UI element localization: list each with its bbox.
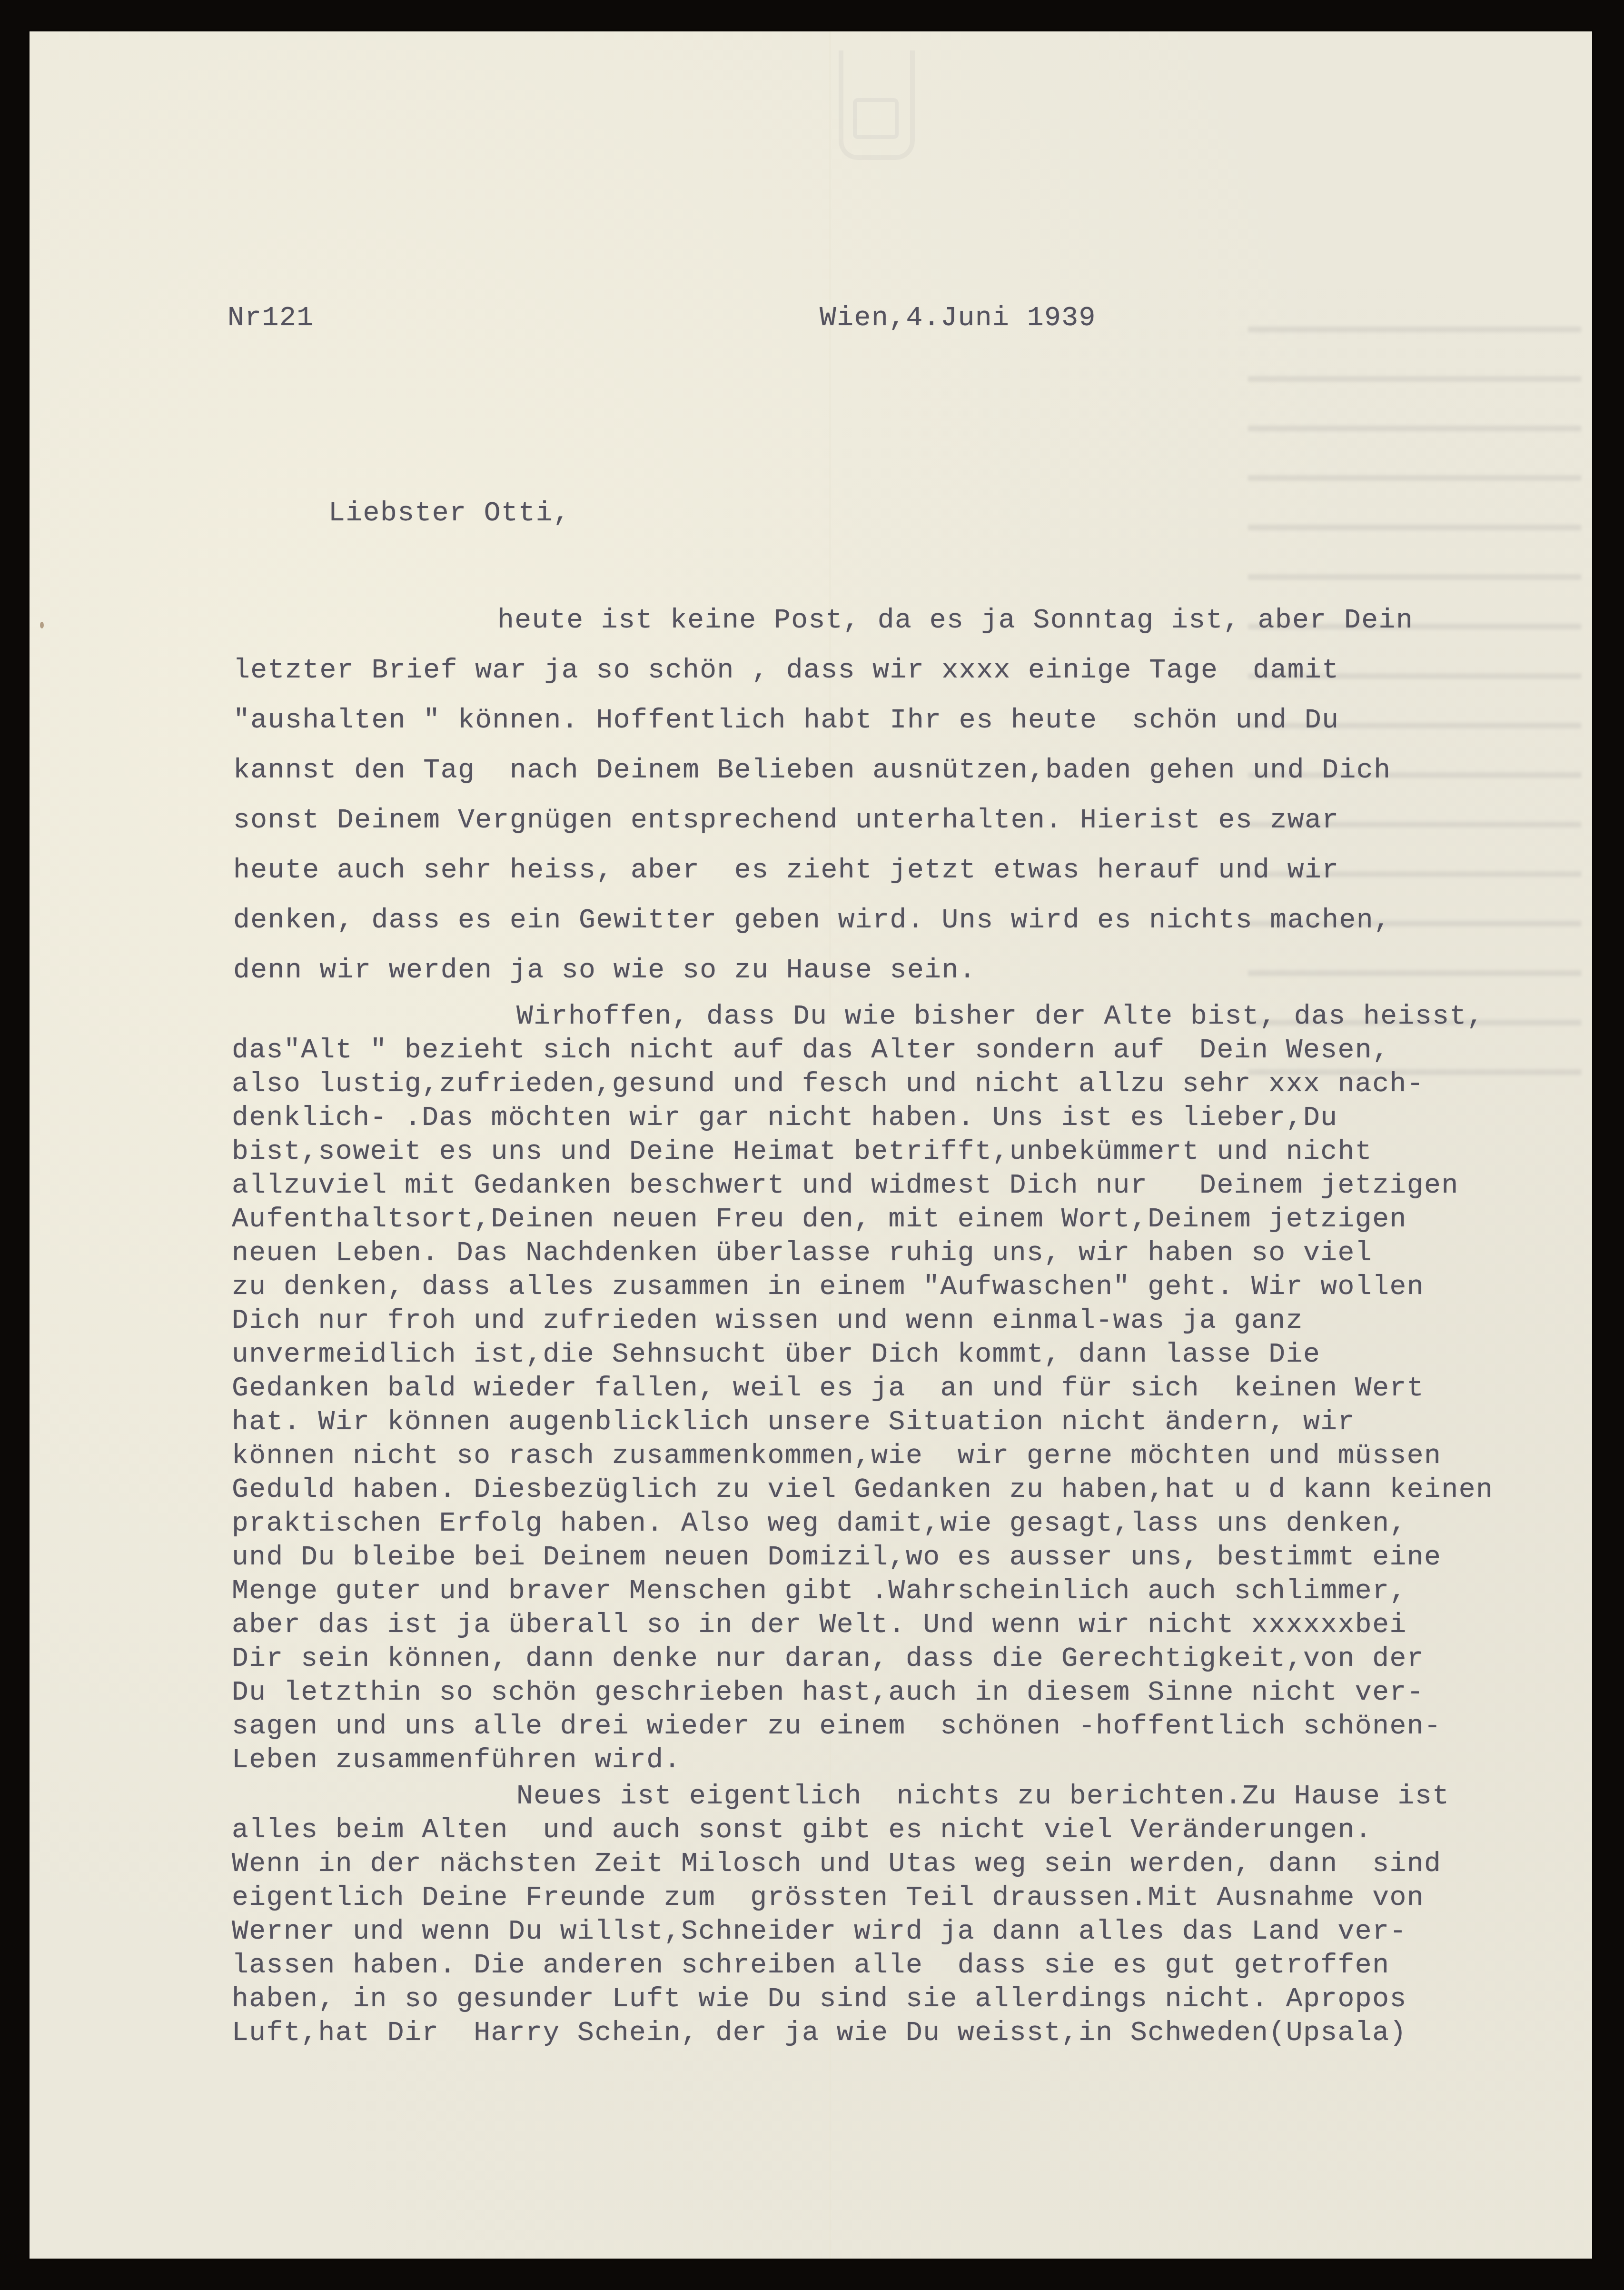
text-line: bist,soweit es uns und Deine Heimat betr… bbox=[232, 1138, 1372, 1166]
text-line: heute ist keine Post, da es ja Sonntag i… bbox=[497, 607, 1413, 635]
text-line: Menge guter und braver Menschen gibt .Wa… bbox=[232, 1578, 1407, 1605]
text-line: eigentlich Deine Freunde zum grössten Te… bbox=[232, 1884, 1424, 1912]
text-line: aber das ist ja überall so in der Welt. … bbox=[232, 1612, 1407, 1639]
text-line: heute auch sehr heiss, aber es zieht jet… bbox=[233, 857, 1339, 885]
text-line: Du letzthin so schön geschrieben hast,au… bbox=[232, 1679, 1424, 1707]
text-line: lassen haben. Die anderen schreiben alle… bbox=[232, 1952, 1389, 1980]
salutation: Liebster Otti, bbox=[328, 500, 570, 528]
text-line: denklich- .Das möchten wir gar nicht hab… bbox=[232, 1105, 1338, 1132]
text-line: Werner und wenn Du willst,Schneider wird… bbox=[232, 1918, 1407, 1946]
text-line: Neues ist eigentlich nichts zu berichten… bbox=[516, 1783, 1450, 1811]
text-line: denken, dass es ein Gewitter geben wird.… bbox=[233, 907, 1391, 935]
text-line: "aushalten " können. Hoffentlich habt Ih… bbox=[233, 707, 1339, 735]
text-line: das"Alt " bezieht sich nicht auf das Alt… bbox=[232, 1037, 1389, 1065]
text-line: zu denken, dass alles zusammen in einem … bbox=[232, 1274, 1424, 1301]
text-line: Luft,hat Dir Harry Schein, der ja wie Du… bbox=[232, 2020, 1407, 2047]
text-line: neuen Leben. Das Nachdenken überlasse ru… bbox=[232, 1240, 1372, 1267]
text-line: können nicht so rasch zusammenkommen,wie… bbox=[232, 1443, 1441, 1470]
text-line: Geduld haben. Diesbezüglich zu viel Geda… bbox=[232, 1476, 1493, 1504]
bleed-through-texture bbox=[1248, 293, 1581, 1103]
text-line: Gedanken bald wieder fallen, weil es ja … bbox=[232, 1375, 1424, 1403]
text-line: Aufenthaltsort,Deinen neuen Freu den, mi… bbox=[232, 1206, 1407, 1234]
paper-stain bbox=[40, 622, 44, 628]
text-line: hat. Wir können augenblicklich unsere Si… bbox=[232, 1409, 1355, 1436]
watermark-emblem-icon bbox=[839, 50, 915, 160]
text-line: sonst Deinem Vergnügen entsprechend unte… bbox=[233, 807, 1339, 835]
text-line: praktischen Erfolg haben. Also weg damit… bbox=[232, 1510, 1407, 1538]
text-line: unvermeidlich ist,die Sehnsucht über Dic… bbox=[232, 1341, 1320, 1369]
text-line: Dir sein können, dann denke nur daran, d… bbox=[232, 1645, 1424, 1673]
text-line: sagen und uns alle drei wieder zu einem … bbox=[232, 1713, 1441, 1741]
text-line: haben, in so gesunder Luft wie Du sind s… bbox=[232, 1986, 1407, 2013]
text-line: und Du bleibe bei Deinem neuen Domizil,w… bbox=[232, 1544, 1441, 1572]
text-line: Dich nur froh und zufrieden wissen und w… bbox=[232, 1307, 1303, 1335]
letter-date: Wien,4.Juni 1939 bbox=[820, 305, 1096, 332]
text-line: allzuviel mit Gedanken beschwert und wid… bbox=[232, 1172, 1459, 1200]
text-line: alles beim Alten und auch sonst gibt es … bbox=[232, 1817, 1372, 1844]
text-line: also lustig,zufrieden,gesund und fesch u… bbox=[232, 1071, 1424, 1098]
text-line: Wenn in der nächsten Zeit Milosch und Ut… bbox=[232, 1851, 1441, 1878]
text-line: denn wir werden ja so wie so zu Hause se… bbox=[233, 957, 976, 985]
text-line: Leben zusammenführen wird. bbox=[232, 1747, 681, 1774]
text-line: kannst den Tag nach Deinem Belieben ausn… bbox=[233, 757, 1391, 785]
text-line: letzter Brief war ja so schön , dass wir… bbox=[233, 657, 1339, 685]
text-line: Wirhoffen, dass Du wie bisher der Alte b… bbox=[516, 1003, 1484, 1031]
letter-number: Nr121 bbox=[228, 305, 314, 332]
